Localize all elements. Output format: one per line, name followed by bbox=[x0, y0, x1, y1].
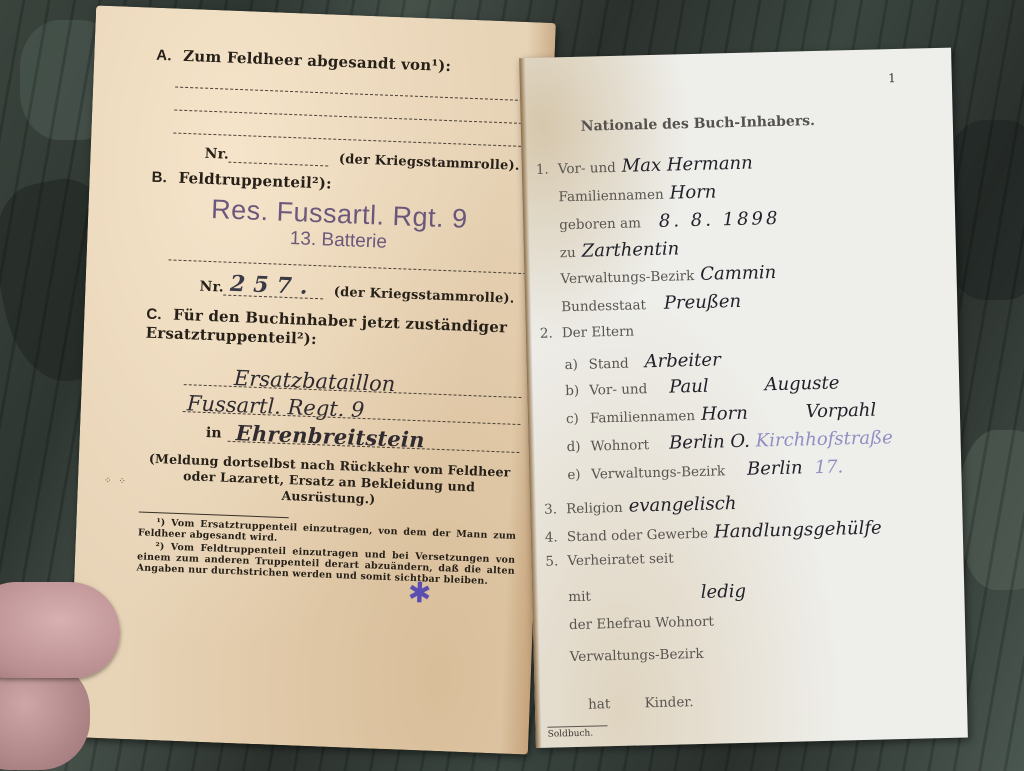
field-religion: 3.Religionevangelisch bbox=[544, 493, 737, 519]
page-title: Nationale des Buch-Inhabers. bbox=[581, 113, 815, 135]
thumb bbox=[0, 582, 120, 678]
nr-field: 257. bbox=[224, 277, 325, 300]
nr-suffix: (der Kriegsstammrolle). bbox=[333, 285, 514, 307]
blue-pencil-mark-icon: ✱ bbox=[407, 576, 432, 610]
nr-suffix: (der Kriegsstammrolle). bbox=[339, 152, 520, 174]
handwritten-value: Zarthentin bbox=[581, 238, 679, 261]
field-parents-status: a)StandArbeiter bbox=[564, 349, 721, 374]
field-children: hat Kinder. bbox=[570, 678, 694, 729]
nr-value: 257. bbox=[230, 271, 317, 300]
section-b-letter: B. bbox=[151, 169, 167, 187]
field-parents-residence: d)WohnortBerlin O.Kirchhofstraße bbox=[566, 427, 893, 456]
handwritten-value: Horn bbox=[701, 403, 748, 425]
section-a: A. Zum Feldheer abgesandt von¹): Nr. (de… bbox=[152, 46, 534, 174]
page-number: 1 bbox=[888, 71, 896, 85]
section-b-title: Feldtruppenteil²): bbox=[178, 169, 332, 193]
handwritten-value: Horn bbox=[669, 181, 716, 203]
field-birth-place: zuZarthentin bbox=[560, 238, 680, 262]
left-page: ⁘ ⁘ A. Zum Feldheer abgesandt von¹): Nr.… bbox=[68, 5, 556, 754]
field-married-since: 5.Verheiratet seit bbox=[545, 551, 674, 570]
field-district: Verwaltungs-BezirkCammin bbox=[560, 262, 776, 288]
handwritten-value: Max Hermann bbox=[622, 153, 753, 177]
field-surname: FamiliennamenHorn bbox=[558, 181, 716, 206]
section-c-title: Für den Buchinhaber jetzt zuständiger Er… bbox=[145, 306, 507, 349]
in-label: in bbox=[206, 425, 223, 442]
field-wife-residence: der Ehefrau Wohnort bbox=[569, 614, 714, 634]
blue-pencil-value: 17. bbox=[814, 456, 843, 478]
handwritten-value: evangelisch bbox=[628, 493, 736, 517]
handwritten-value: Cammin bbox=[700, 262, 776, 285]
section-a-letter: A. bbox=[156, 47, 172, 65]
handwritten-value-2: Vorpahl bbox=[806, 400, 877, 423]
nr-field bbox=[229, 144, 330, 167]
handwritten-location: Ehrenbreitstein bbox=[235, 420, 425, 452]
handwritten-value: Berlin O. bbox=[669, 431, 750, 454]
handwritten-value-2: Auguste bbox=[764, 372, 839, 395]
nr-label: Nr. bbox=[199, 279, 224, 296]
field-wife-district: Verwaltungs-Bezirk bbox=[570, 646, 704, 665]
footer-label: Soldbuch. bbox=[547, 725, 607, 739]
handwritten-value: ledig bbox=[701, 581, 747, 603]
field-first-names: 1.Vor- undMax Hermann bbox=[536, 153, 753, 179]
ink-smudge: ⁘ ⁘ bbox=[104, 476, 128, 487]
field-parents: 2.Der Eltern bbox=[540, 323, 635, 341]
blue-pencil-value: Kirchhofstraße bbox=[756, 427, 894, 451]
field-parents-first-names: b)Vor- undPaulAuguste bbox=[565, 372, 840, 400]
handwritten-value: Preußen bbox=[664, 291, 742, 314]
handwritten-value: Handlungsgehülfe bbox=[714, 517, 882, 542]
right-page: 1 Nationale des Buch-Inhabers. 1.Vor- un… bbox=[519, 48, 968, 748]
field-birth-date: geboren am8. 8. 1898 bbox=[559, 208, 781, 234]
handwritten-value: Paul bbox=[669, 376, 709, 398]
handwritten-value: Berlin bbox=[747, 457, 803, 479]
section-c-letter: C. bbox=[146, 306, 162, 324]
section-c: C. Für den Buchinhaber jetzt zuständiger… bbox=[142, 305, 525, 453]
section-b-nr-line: Nr. 257. (der Kriegsstammrolle). bbox=[147, 274, 525, 307]
field-parents-surnames: c)FamiliennamenHornVorpahl bbox=[566, 400, 877, 429]
handwritten-value: 8. 8. 1898 bbox=[659, 208, 781, 232]
nr-label: Nr. bbox=[204, 146, 229, 163]
field-parents-district: e)Verwaltungs-BezirkBerlin17. bbox=[567, 456, 843, 484]
section-b: B. Feldtruppenteil²): Res. Fussartl. Rgt… bbox=[147, 168, 530, 307]
field-occupation: 4.Stand oder GewerbeHandlungsgehülfe bbox=[545, 517, 882, 546]
field-federal-state: BundesstaatPreußen bbox=[561, 291, 741, 316]
field-married-to: mitledig bbox=[568, 581, 746, 606]
left-page-content: A. Zum Feldheer abgesandt von¹): Nr. (de… bbox=[136, 46, 534, 590]
background-camo-patch bbox=[960, 430, 1024, 590]
handwritten-value: Arbeiter bbox=[644, 349, 721, 372]
registration-note: (Meldung dortselbst nach Rückkehr vom Fe… bbox=[139, 450, 519, 512]
